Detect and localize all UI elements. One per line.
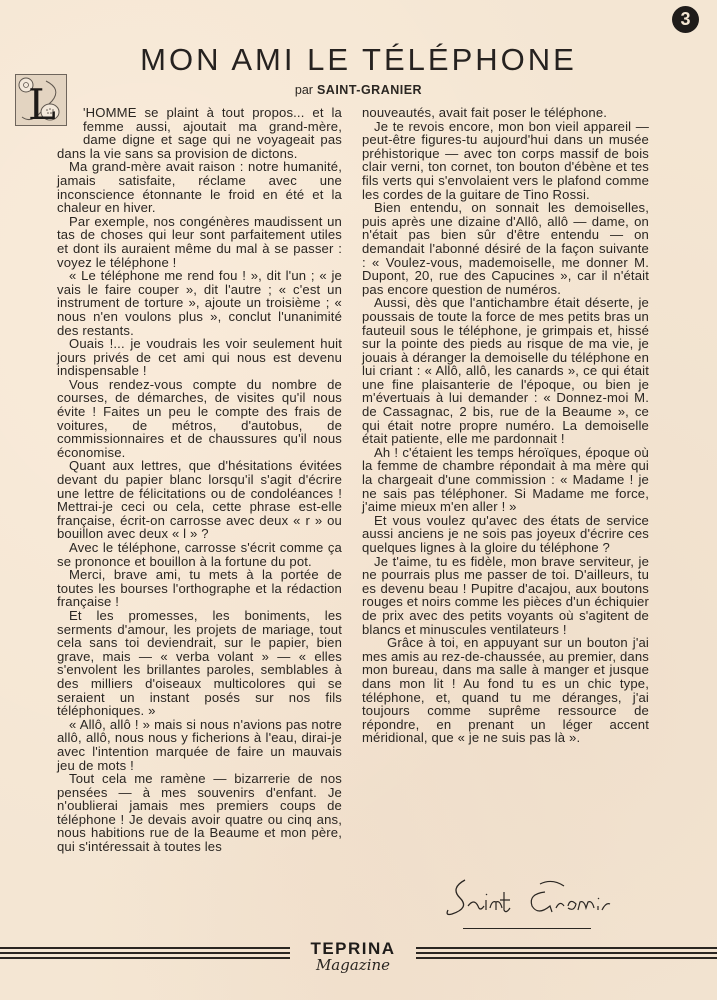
article-paragraph: Avec le téléphone, carrosse s'écrit comm… — [57, 541, 342, 568]
dropcap-spacer — [57, 106, 83, 146]
article-paragraph: nouveautés, avait fait poser le téléphon… — [362, 106, 649, 120]
article-title: MON AMI LE TÉLÉPHONE — [0, 42, 717, 78]
byline-prefix: par — [295, 83, 313, 97]
article-paragraph: « Allô, allô ! » mais si nous n'avions p… — [57, 718, 342, 772]
author-name: SAINT-GRANIER — [317, 83, 422, 97]
article-paragraph: Je t'aime, tu es fidèle, mon brave servi… — [362, 555, 649, 637]
article-paragraph: Grâce à toi, en appuyant sur un bouton j… — [362, 636, 649, 745]
article-column-left: 'HOMME se plaint à tout propos... et la … — [57, 106, 342, 854]
article-paragraph: Je te revois encore, mon bon vieil appar… — [362, 120, 649, 202]
article-column-right: nouveautés, avait fait poser le téléphon… — [362, 106, 649, 745]
footer-rule-right — [416, 947, 717, 961]
article-paragraph: Ah ! c'étaient les temps héroïques, époq… — [362, 446, 649, 514]
article-paragraph: Quant aux lettres, que d'hésitations évi… — [57, 459, 342, 541]
dropcap-letter: L — [28, 80, 56, 125]
footer-rule-left — [0, 947, 290, 961]
article-paragraph: 'HOMME se plaint à tout propos... et la … — [57, 106, 342, 160]
magazine-subtitle: Magazine — [296, 957, 410, 973]
byline: parSAINT-GRANIER — [0, 83, 717, 97]
article-paragraph: Ma grand-mère avait raison : notre human… — [57, 160, 342, 214]
article-paragraph: Par exemple, nos congénères maudissent u… — [57, 215, 342, 269]
article-paragraph: Et vous voulez qu'avec des états de serv… — [362, 514, 649, 555]
article-paragraph: Vous rendez-vous compte du nombre de cou… — [57, 378, 342, 460]
article-paragraph: Tout cela me ramène — bizarrerie de nos … — [57, 772, 342, 854]
magazine-logo: TEPRINA Magazine — [296, 940, 410, 980]
page-number-badge: 3 — [672, 6, 699, 33]
article-paragraph: Merci, brave ami, tu mets à la portée de… — [57, 568, 342, 609]
article-paragraph: Bien entendu, on sonnait les demoiselles… — [362, 201, 649, 296]
signature-rule — [463, 928, 591, 929]
article-paragraph: Et les promesses, les boniments, les ser… — [57, 609, 342, 718]
article-paragraph: Aussi, dès que l'antichambre était déser… — [362, 296, 649, 446]
author-signature: Saint Granier — [440, 870, 640, 925]
article-paragraph: Ouais !... je voudrais les voir seulemen… — [57, 337, 342, 378]
article-paragraph: « Le téléphone me rend fou ! », dit l'un… — [57, 269, 342, 337]
